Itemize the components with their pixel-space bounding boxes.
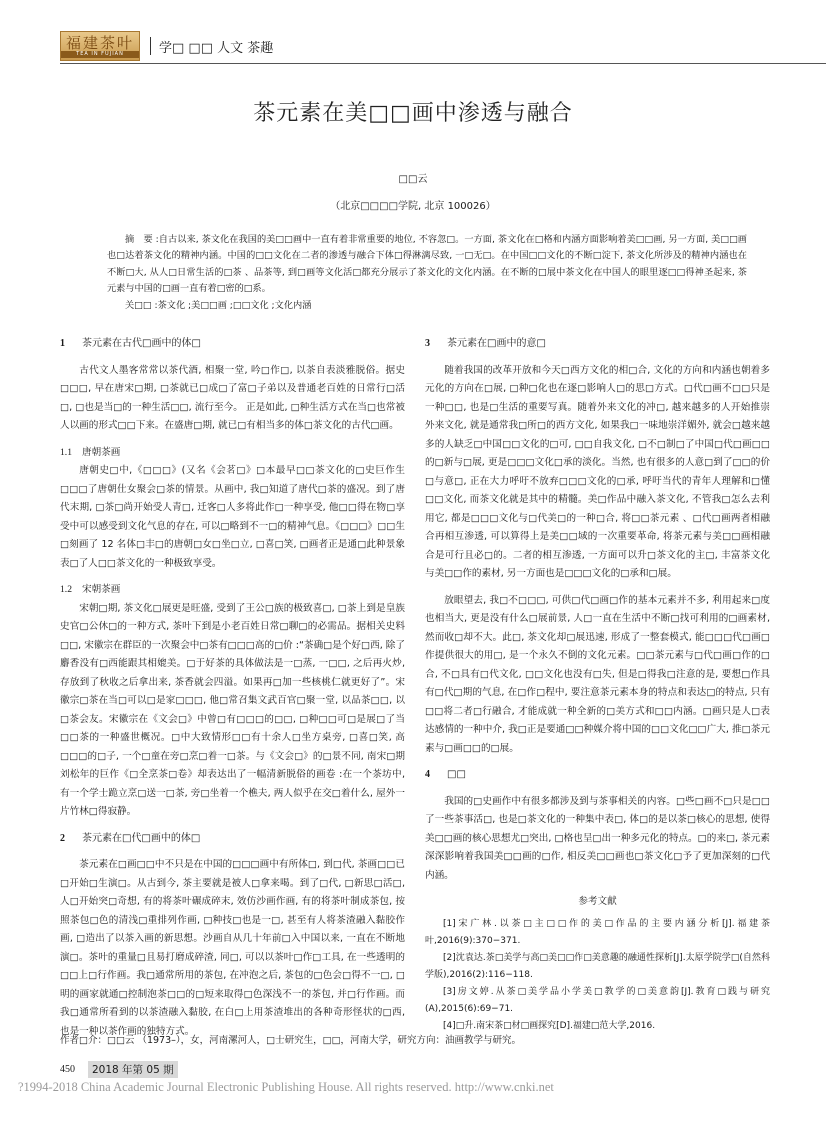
copyright-notice: ?1994-2018 China Academic Journal Electr… bbox=[18, 1080, 554, 1095]
references-heading: 参考文献 bbox=[425, 893, 770, 912]
paragraph: 古代文人墨客常常以茶代酒, 相聚一堂, 吟□作□, 以茶自表淡雅脱俗。据史□□□… bbox=[60, 362, 405, 436]
journal-header: 福建茶叶 TEA IN FUJIAN 学□ □□ 人文 茶趣 bbox=[60, 30, 273, 62]
right-column: 3茶元素在□画中的意□ 随着我国的改革开放和今天□西方文化的相□合, 文化的方向… bbox=[425, 335, 770, 1035]
section-label: 学□ □□ 人文 茶趣 bbox=[159, 37, 273, 56]
logo-text: 福建茶叶 bbox=[66, 35, 134, 51]
logo-subtext: TEA IN FUJIAN bbox=[61, 51, 139, 58]
article-keywords: 关□□ :茶文化 ;美□□画 ;□□文化 ;文化内涵 bbox=[125, 297, 311, 311]
left-column: 1茶元素在古代□画中的体□ 古代文人墨客常常以茶代酒, 相聚一堂, 吟□作□, … bbox=[60, 335, 405, 1049]
header-divider bbox=[150, 37, 151, 55]
page-number: 450 bbox=[60, 1064, 75, 1075]
article-abstract: 摘 要 :自古以来, 茶文化在我国的美□□画中一直有着非常重要的地位, 不容忽□… bbox=[107, 232, 747, 297]
author-note: 作者□介：□□云 （1973–），女，河南漯河人，□士研究生，□□，河南大学，研… bbox=[60, 1032, 521, 1046]
subsection-heading-1-1: 1.1唐朝茶画 bbox=[60, 444, 405, 463]
header-rule bbox=[60, 63, 826, 64]
journal-logo: 福建茶叶 TEA IN FUJIAN bbox=[60, 31, 140, 61]
section-heading-3: 3茶元素在□画中的意□ bbox=[425, 335, 770, 354]
article-affiliation: （北京□□□□学院, 北京 100026） bbox=[0, 197, 826, 212]
reference-item: [3]房文婷.从茶□美学品小学美□教学的□美意韵[J].教育□践与研究(A),2… bbox=[425, 984, 770, 1018]
paragraph: 我国的□史画作中有很多都涉及到与茶事相关的内容。□些□画不□只是□□了一些茶事活… bbox=[425, 793, 770, 886]
paragraph: 茶元素在□画□□中不只是在中国的□□□画中有所体□, 到□代, 茶画□□已□开始… bbox=[60, 856, 405, 1041]
article-title: 茶元素在美□□画中渗透与融合 bbox=[0, 96, 826, 127]
paragraph: 随着我国的改革开放和今天□西方文化的相□合, 文化的方向和内涵也朝着多元化的方向… bbox=[425, 362, 770, 584]
section-heading-4: 4□□ bbox=[425, 766, 770, 785]
section-heading-1: 1茶元素在古代□画中的体□ bbox=[60, 335, 405, 354]
reference-item: [2]沈袁达.茶□美学与高□美□□作□美意趣的融通性探析[J].太原学院学□(自… bbox=[425, 950, 770, 984]
paragraph: 唐朝史□中,《□□□》(又名《会茗□》□本最早□□茶文化的□史巨作生□□□了唐朝… bbox=[60, 462, 405, 573]
subsection-heading-1-2: 1.2宋朝茶画 bbox=[60, 581, 405, 600]
paragraph: 宋朝□期, 茶文化□展更是旺盛, 受到了王公□族的极致喜□, □茶上到是皇族史官… bbox=[60, 600, 405, 822]
issue-label: 2018 年第 05 期 bbox=[88, 1061, 178, 1078]
reference-item: [1]宋广林.以茶□主□□作的美□作品的主要内涵分析[J].福建茶叶,2016(… bbox=[425, 916, 770, 950]
paragraph: 放眼望去, 我□不□□□, 可供□代□画□作的基本元素并不多, 利用起来□度也相… bbox=[425, 592, 770, 759]
article-author: □□云 bbox=[0, 170, 826, 185]
section-heading-2: 2茶元素在□代□画中的体□ bbox=[60, 830, 405, 849]
